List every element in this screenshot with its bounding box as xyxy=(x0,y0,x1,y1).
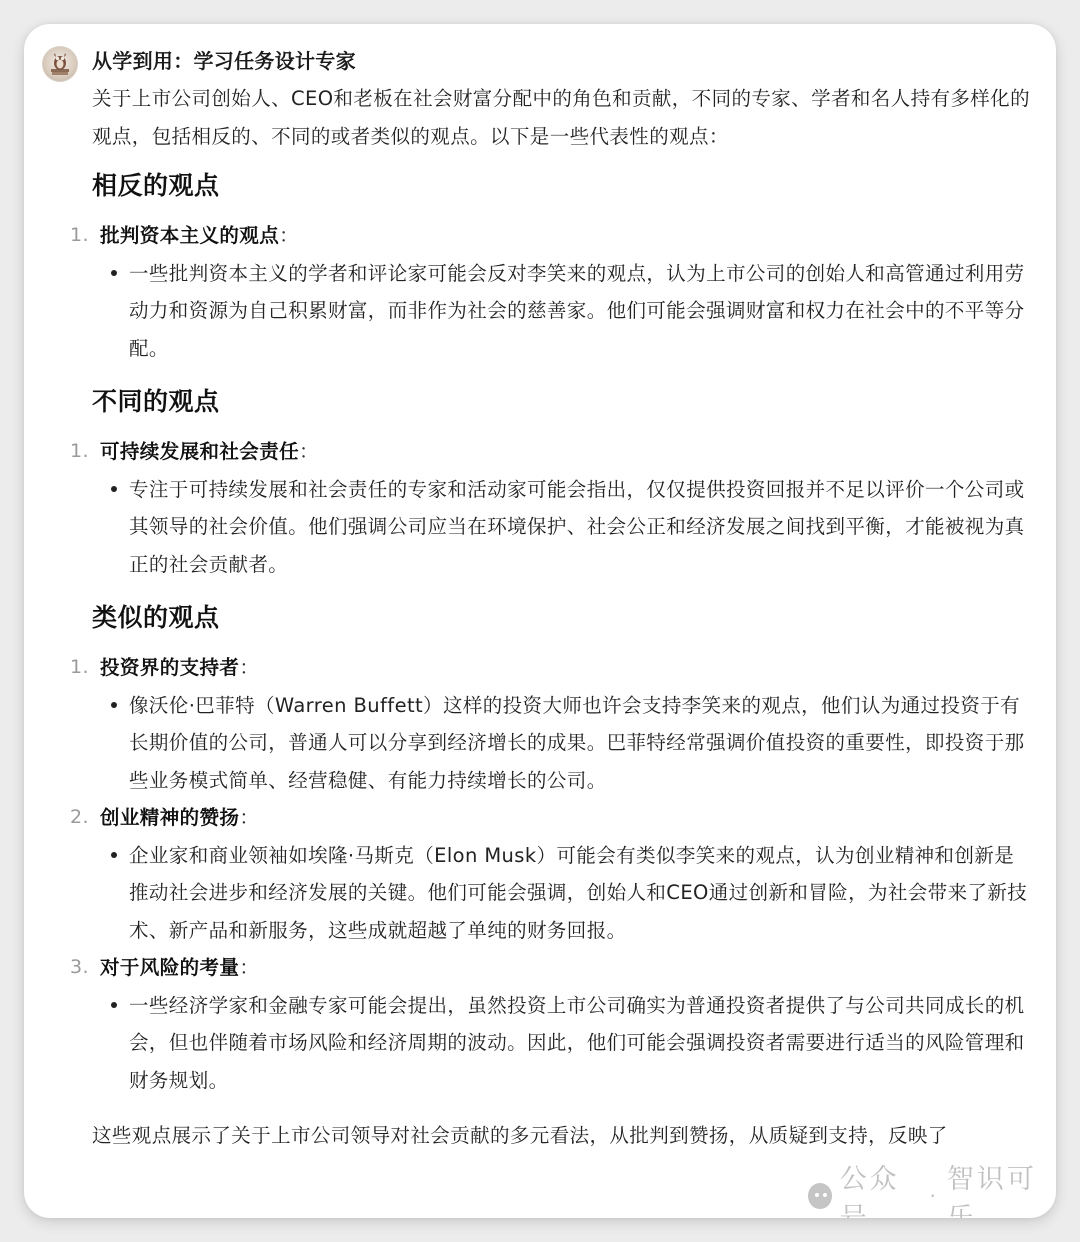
list-item: 1. 投资界的支持者： 像沃伦·巴菲特（Warren Buffett）这样的投资… xyxy=(92,649,1032,799)
sender-name: 从学到用：学习任务设计专家 xyxy=(92,46,356,76)
list-item-title: 可持续发展和社会责任 xyxy=(100,440,299,463)
watermark-label: 公众号 xyxy=(840,1157,922,1218)
numbered-list: 1. 可持续发展和社会责任： 专注于可持续发展和社会责任的专家和活动家可能会指出… xyxy=(92,433,1032,583)
list-item: 1. 批判资本主义的观点： 一些批判资本主义的学者和评论家可能会反对李笑来的观点… xyxy=(92,217,1032,367)
bullet-list: 一些经济学家和金融专家可能会提出，虽然投资上市公司确实为普通投资者提供了与公司共… xyxy=(92,987,1032,1100)
list-number: 3. xyxy=(70,949,89,987)
bullet-icon xyxy=(111,702,117,708)
list-number: 1. xyxy=(70,217,89,255)
chat-message-card: 从学到用：学习任务设计专家 关于上市公司创始人、CEO和老板在社会财富分配中的角… xyxy=(24,24,1056,1218)
bullet-list: 一些批判资本主义的学者和评论家可能会反对李笑来的观点，认为上市公司的创始人和高管… xyxy=(92,255,1032,368)
bullet-icon xyxy=(111,852,117,858)
list-number: 1. xyxy=(70,649,89,687)
bullet-item: 一些批判资本主义的学者和评论家可能会反对李笑来的观点，认为上市公司的创始人和高管… xyxy=(129,255,1032,368)
wechat-icon xyxy=(808,1183,832,1209)
bullet-list: 企业家和商业领袖如埃隆·马斯克（Elon Musk）可能会有类似李笑来的观点，认… xyxy=(92,837,1032,950)
bullet-item: 一些经济学家和金融专家可能会提出，虽然投资上市公司确实为普通投资者提供了与公司共… xyxy=(129,987,1032,1100)
list-number: 2. xyxy=(70,799,89,837)
intro-paragraph: 关于上市公司创始人、CEO和老板在社会财富分配中的角色和贡献，不同的专家、学者和… xyxy=(92,80,1032,155)
bullet-item: 专注于可持续发展和社会责任的专家和活动家可能会指出，仅仅提供投资回报并不足以评价… xyxy=(129,471,1032,584)
list-item: 1. 可持续发展和社会责任： 专注于可持续发展和社会责任的专家和活动家可能会指出… xyxy=(92,433,1032,583)
bullet-icon xyxy=(111,1002,117,1008)
bullet-list: 像沃伦·巴菲特（Warren Buffett）这样的投资大师也许会支持李笑来的观… xyxy=(92,687,1032,800)
numbered-list: 1. 投资界的支持者： 像沃伦·巴菲特（Warren Buffett）这样的投资… xyxy=(92,649,1032,1099)
message-content: 关于上市公司创始人、CEO和老板在社会财富分配中的角色和贡献，不同的专家、学者和… xyxy=(92,80,1032,1155)
list-item-title: 批判资本主义的观点 xyxy=(100,224,279,247)
bullet-icon xyxy=(111,270,117,276)
bullet-item: 企业家和商业领袖如埃隆·马斯克（Elon Musk）可能会有类似李笑来的观点，认… xyxy=(129,837,1032,950)
section-similar-views: 类似的观点 1. 投资界的支持者： 像沃伦·巴菲特（Warren Buffett… xyxy=(92,601,1032,1099)
bullet-icon xyxy=(111,486,117,492)
list-item: 2. 创业精神的赞扬： 企业家和商业领袖如埃隆·马斯克（Elon Musk）可能… xyxy=(92,799,1032,949)
watermark: 公众号 · 智识可乐 xyxy=(808,1176,1056,1216)
section-different-views: 不同的观点 1. 可持续发展和社会责任： 专注于可持续发展和社会责任的专家和活动… xyxy=(92,385,1032,583)
numbered-list: 1. 批判资本主义的观点： 一些批判资本主义的学者和评论家可能会反对李笑来的观点… xyxy=(92,217,1032,367)
bullet-item: 像沃伦·巴菲特（Warren Buffett）这样的投资大师也许会支持李笑来的观… xyxy=(129,687,1032,800)
bullet-list: 专注于可持续发展和社会责任的专家和活动家可能会指出，仅仅提供投资回报并不足以评价… xyxy=(92,471,1032,584)
owl-avatar-icon[interactable] xyxy=(42,46,78,82)
list-item-title: 投资界的支持者 xyxy=(100,656,239,679)
section-title: 不同的观点 xyxy=(92,385,1032,419)
section-title: 类似的观点 xyxy=(92,601,1032,635)
section-title: 相反的观点 xyxy=(92,169,1032,203)
list-item-title: 创业精神的赞扬 xyxy=(100,806,239,829)
list-item-title: 对于风险的考量 xyxy=(100,956,239,979)
section-opposing-views: 相反的观点 1. 批判资本主义的观点： 一些批判资本主义的学者和评论家可能会反对… xyxy=(92,169,1032,367)
watermark-separator: · xyxy=(930,1184,939,1208)
list-item: 3. 对于风险的考量： 一些经济学家和金融专家可能会提出，虽然投资上市公司确实为… xyxy=(92,949,1032,1099)
list-number: 1. xyxy=(70,433,89,471)
closing-paragraph: 这些观点展示了关于上市公司领导对社会贡献的多元看法，从批判到赞扬，从质疑到支持，… xyxy=(92,1117,1032,1155)
watermark-account: 智识可乐 xyxy=(947,1157,1056,1218)
